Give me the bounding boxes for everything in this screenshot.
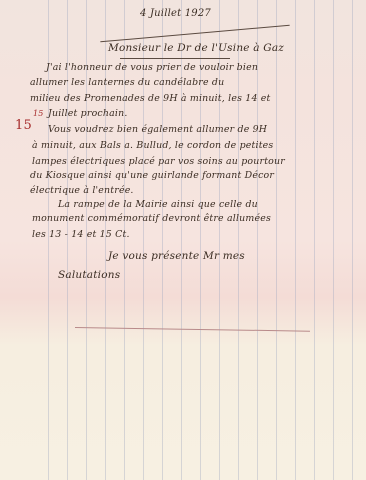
body-line-4: Juillet prochain. — [48, 108, 128, 119]
body-line-9: électrique à l'entrée. — [30, 185, 134, 196]
rule-line — [295, 0, 296, 480]
rule-line — [333, 0, 334, 480]
date-flourish — [100, 25, 289, 43]
closing-line: Je vous présente Mr mes — [108, 250, 245, 262]
body-line-7: lampes électriques placé par vos soins a… — [32, 156, 285, 167]
letter-page: 4 Juillet 1927 Monsieur le Dr de l'Usine… — [0, 0, 366, 480]
salutation-underline — [120, 58, 230, 59]
body-line-8: du Kiosque ainsi qu'une guirlande forman… — [30, 170, 274, 181]
body-line-10: La rampe de la Mairie ainsi que celle du — [58, 199, 258, 210]
signature-line — [75, 327, 310, 332]
correction-mark: 15 — [33, 109, 44, 118]
body-line-11: monument commémoratif devront être allum… — [32, 213, 271, 224]
margin-note: 15 — [15, 118, 32, 133]
body-line-6: à minuit, aux Bals a. Bullud, le cordon … — [32, 140, 273, 151]
letter-date: 4 Juillet 1927 — [140, 8, 211, 19]
closing-salutations: Salutations — [58, 269, 120, 281]
body-line-2: allumer les lanternes du candélabre du — [30, 77, 224, 88]
rule-line — [314, 0, 315, 480]
rule-line — [276, 0, 277, 480]
body-line-1: J'ai l'honneur de vous prier de vouloir … — [46, 62, 258, 73]
body-line-12: les 13 - 14 et 15 Ct. — [32, 229, 130, 240]
body-line-3: milieu des Promenades de 9H à minuit, le… — [30, 93, 271, 104]
body-line-5: Vous voudrez bien également allumer de 9… — [48, 124, 267, 135]
salutation: Monsieur le Dr de l'Usine à Gaz — [108, 42, 284, 54]
rule-line — [352, 0, 353, 480]
